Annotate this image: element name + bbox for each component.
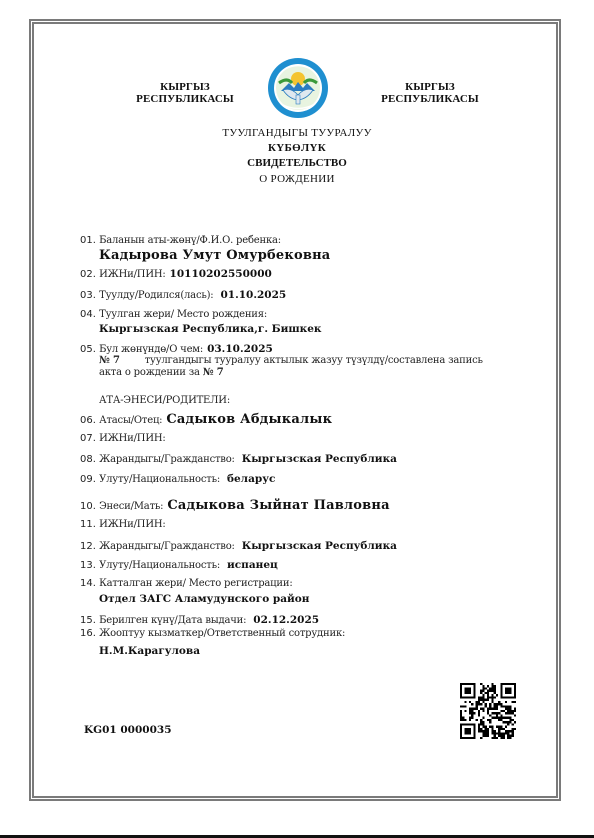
field-value: 02.12.2025 [253, 614, 319, 626]
registration-place-value: Отдел ЗАГС Аламудунского район [99, 593, 309, 605]
country-name-line2: РЕСПУБЛИКАСЫ [115, 93, 255, 105]
record-line1: № 7 туулгандыгы тууралуу актылык жазуу т… [99, 355, 483, 366]
field-father-name: 06. Атасы/Отец:Садыков Абдыкалык [80, 412, 332, 427]
field-issue-date: 15. Берилген күнү/Дата выдачи:02.12.2025 [80, 614, 319, 626]
field-label: Жарандыгы/Гражданство: [99, 454, 235, 465]
field-value: 10110202550000 [170, 268, 272, 280]
field-mother-citizenship: 12. Жарандыгы/Гражданство:Кыргызская Рес… [80, 540, 397, 552]
field-label: ИЖНи/ПИН: [99, 519, 165, 530]
field-child-name: 01. Баланын аты-жөнү/Ф.И.О. ребенка: [80, 235, 281, 246]
country-name-right: КЫРГЫЗ РЕСПУБЛИКАСЫ [360, 81, 500, 105]
parents-heading: АТА-ЭНЕСИ/РОДИТЕЛИ: [99, 395, 230, 406]
field-label: Атасы/Отец: [99, 415, 162, 426]
field-father-nationality: 09. Улуту/Национальность:беларус [80, 473, 275, 485]
field-label: Баланын аты-жөнү/Ф.И.О. ребенка: [99, 235, 281, 246]
qr-code-icon [460, 683, 516, 739]
field-label: Энеси/Мать: [99, 501, 163, 512]
field-value: Кыргызская Республика [242, 453, 397, 465]
title-russian-line1: СВИДЕТЕЛЬСТВО [0, 157, 594, 169]
country-name-left: КЫРГЫЗ РЕСПУБЛИКАСЫ [115, 81, 255, 105]
field-label: Туулган жери/ Место рождения: [99, 309, 267, 320]
field-label: Улуту/Национальность: [99, 474, 220, 485]
responsible-officer-value: Н.М.Карагулова [99, 645, 200, 657]
record-line2: акта о рождении за № 7 [99, 367, 223, 378]
field-father-pin: 07. ИЖНи/ПИН: [80, 432, 170, 444]
field-record-date: 05. Бул жөнүндө/О чем:03.10.2025 [80, 343, 273, 355]
field-birth-date: 03. Туулду/Родился(лась):01.10.2025 [80, 289, 286, 301]
title-kyrgyz-line2: КҮБӨЛҮК [0, 142, 594, 154]
title-kyrgyz-line1: ТУУЛГАНДЫГЫ ТУУРАЛУУ [0, 127, 594, 139]
field-label: Туулду/Родился(лась): [99, 290, 213, 301]
field-label: Жарандыгы/Гражданство: [99, 541, 235, 552]
field-label: Берилген күнү/Дата выдачи: [99, 615, 246, 626]
field-value: 01.10.2025 [220, 289, 286, 301]
state-emblem-icon [267, 57, 329, 119]
country-name-line1: КЫРГЫЗ [360, 81, 500, 93]
field-mother-name: 10. Энеси/Мать:Садыкова Зыйнат Павловна [80, 498, 390, 513]
country-name-line2: РЕСПУБЛИКАСЫ [360, 93, 500, 105]
field-label: Катталган жери/ Место регистрации: [99, 578, 292, 589]
field-label: ИЖНи/ПИН: [99, 433, 165, 444]
country-name-line1: КЫРГЫЗ [115, 81, 255, 93]
title-russian-line2: О РОЖДЕНИИ [0, 173, 594, 185]
child-name-value: Кадырова Умут Омурбековна [99, 248, 330, 263]
field-birth-place: 04. Туулган жери/ Место рождения: [80, 309, 267, 320]
field-value: Садыкова Зыйнат Павловна [167, 498, 389, 513]
field-value: беларус [227, 473, 275, 485]
field-responsible-officer: 16. Жооптуу кызматкер/Ответственный сотр… [80, 628, 345, 639]
field-label: Жооптуу кызматкер/Ответственный сотрудни… [99, 628, 345, 639]
field-value: испанец [227, 559, 278, 571]
field-father-citizenship: 08. Жарандыгы/Гражданство:Кыргызская Рес… [80, 453, 397, 465]
field-label: Улуту/Национальность: [99, 560, 220, 571]
field-registration-place: 14. Катталган жери/ Место регистрации: [80, 578, 293, 589]
field-value: Садыков Абдыкалык [166, 412, 332, 427]
field-value: 03.10.2025 [207, 343, 273, 355]
field-mother-pin: 11. ИЖНи/ПИН: [80, 518, 170, 530]
field-label: ИЖНи/ПИН: [99, 269, 165, 280]
birth-place-value: Кыргызская Республика,г. Бишкек [99, 323, 322, 335]
field-mother-nationality: 13. Улуту/Национальность:испанец [80, 559, 278, 571]
field-label: Бул жөнүндө/О чем: [99, 344, 203, 355]
field-child-pin: 02. ИЖНи/ПИН:10110202550000 [80, 268, 272, 280]
certificate-serial-number: KG01 0000035 [84, 724, 172, 736]
field-value: Кыргызская Республика [242, 540, 397, 552]
